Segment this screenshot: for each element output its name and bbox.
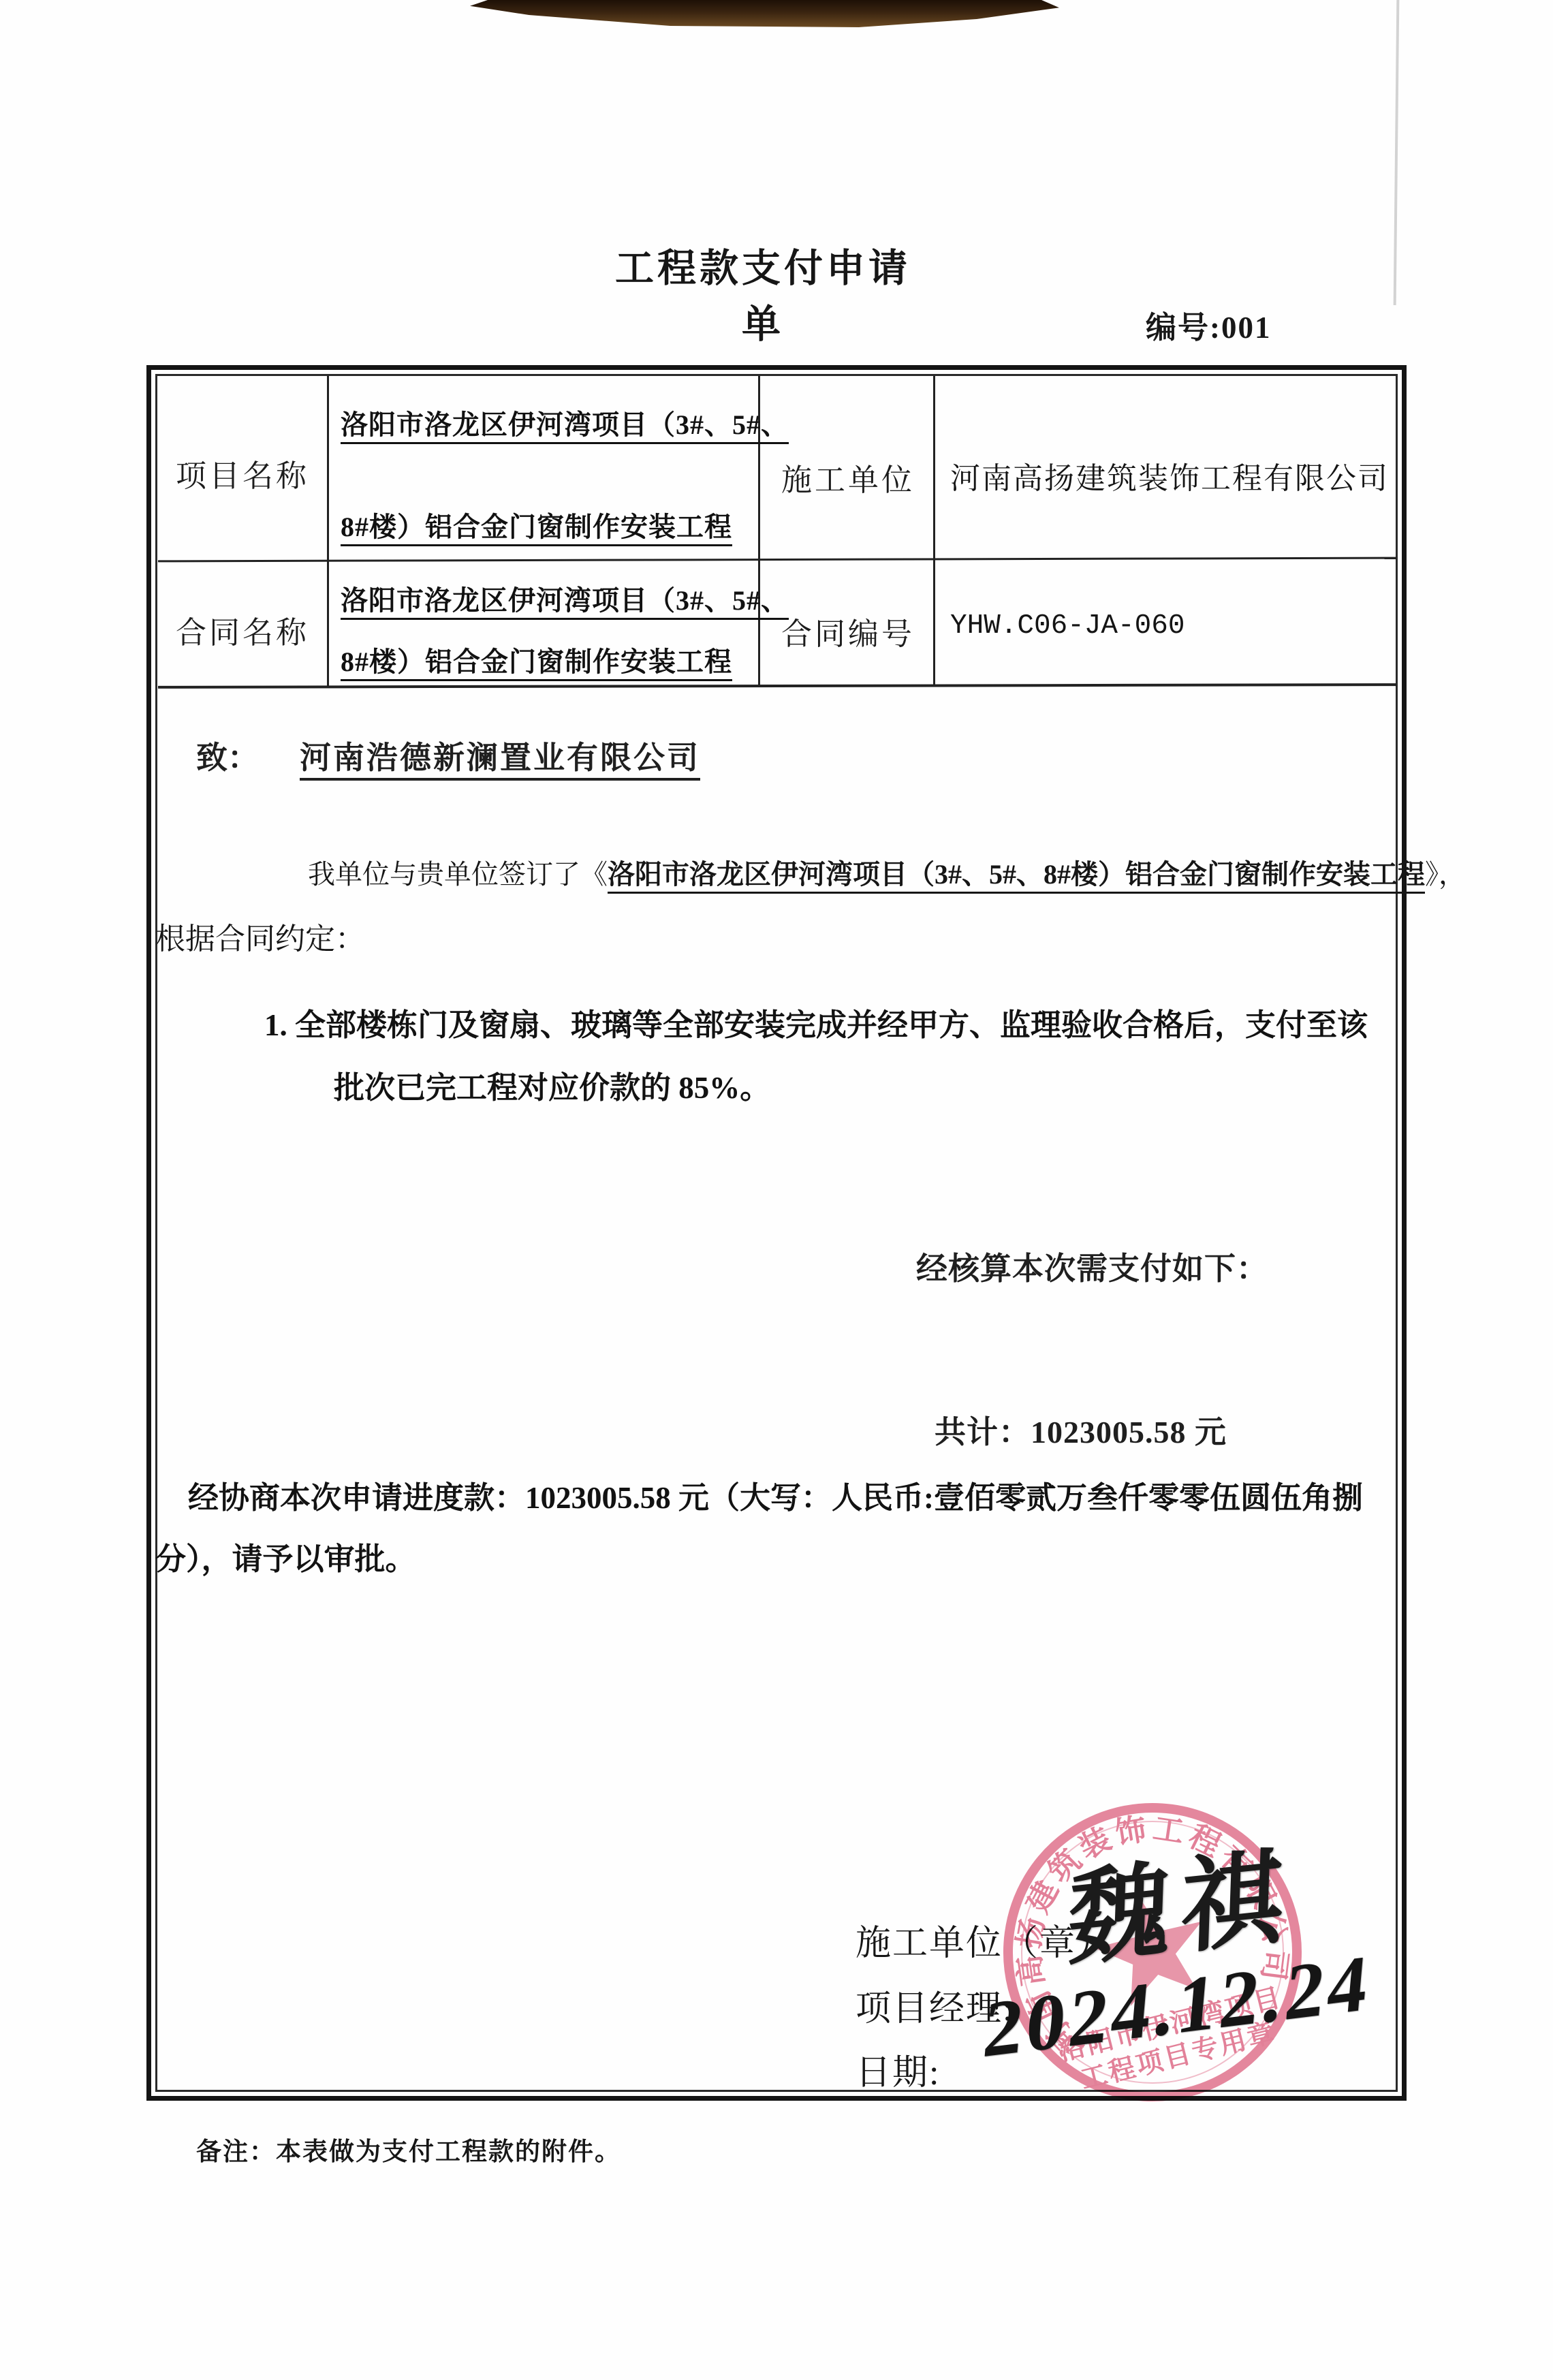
scan-edge-line bbox=[1394, 0, 1400, 305]
scanned-payment-application-form: 工程款支付申请单 编号:001 项目名称 洛阳市洛龙区伊河湾项目（3#、5#、 … bbox=[0, 0, 1553, 2380]
calculation-intro-line: 经核算本次需支付如下： bbox=[916, 1244, 1268, 1289]
approval-request-line1: 经协商本次申请进度款：1023005.58 元（大写：人民币:壹佰零贰万叁仟零零… bbox=[188, 1473, 1363, 1517]
agreement-suffix: 》， bbox=[1425, 859, 1466, 890]
agreement-contract-title: 洛阳市洛龙区伊河湾项目（3#、5#、8#楼）铝合金门窗制作安装工程 bbox=[608, 859, 1425, 890]
addressee-company: 河南浩德新澜置业有限公司 bbox=[300, 740, 700, 775]
footer-note: 备注：本表做为支付工程款的附件。 bbox=[196, 2131, 621, 2167]
construction-unit-value: 河南高扬建筑装饰工程有限公司 bbox=[950, 454, 1389, 497]
approval-request-line2: 分），请予以审批。 bbox=[155, 1534, 416, 1578]
contract-name-value-line2: 8#楼）铝合金门窗制作安装工程 bbox=[341, 640, 732, 679]
page-title: 工程款支付申请单 bbox=[599, 237, 926, 349]
table-vline-3 bbox=[933, 376, 935, 687]
construction-unit-label: 施工单位 bbox=[763, 455, 933, 499]
scan-artifact-top bbox=[470, 0, 1059, 27]
clause1-line2: 批次已完工程对应价款的 85%。 bbox=[334, 1063, 770, 1107]
contract-number-label: 合同编号 bbox=[763, 609, 933, 653]
date-label: 日期: bbox=[856, 2044, 940, 2095]
project-name-value-line1: 洛阳市洛龙区伊河湾项目（3#、5#、 bbox=[341, 403, 789, 442]
agreement-prefix: 我单位与贵单位签订了《 bbox=[308, 859, 608, 890]
contract-name-label: 合同名称 bbox=[163, 608, 321, 652]
agreement-paragraph-line2: 根据合同约定： bbox=[155, 914, 365, 958]
contract-number-value: YHW.C06-JA-060 bbox=[950, 610, 1185, 642]
addressee-label: 致： bbox=[196, 740, 259, 775]
doc-number: 编号:001 bbox=[1146, 302, 1272, 347]
table-vline-1 bbox=[327, 376, 329, 687]
contract-name-value-line1: 洛阳市洛龙区伊河湾项目（3#、5#、 bbox=[341, 579, 789, 618]
clause1-line1: 1. 全部楼栋门及窗扇、玻璃等全部安装完成并经甲方、监理验收合格后，支付至该 bbox=[264, 1000, 1368, 1044]
project-name-label: 项目名称 bbox=[163, 451, 321, 495]
total-amount-line: 共计：1023005.58 元 bbox=[935, 1407, 1227, 1452]
addressee-line: 致：河南浩德新澜置业有限公司 bbox=[196, 733, 700, 778]
agreement-paragraph-line1: 我单位与贵单位签订了《洛阳市洛龙区伊河湾项目（3#、5#、8#楼）铝合金门窗制作… bbox=[308, 853, 1466, 892]
project-name-value-line2: 8#楼）铝合金门窗制作安装工程 bbox=[341, 505, 732, 544]
